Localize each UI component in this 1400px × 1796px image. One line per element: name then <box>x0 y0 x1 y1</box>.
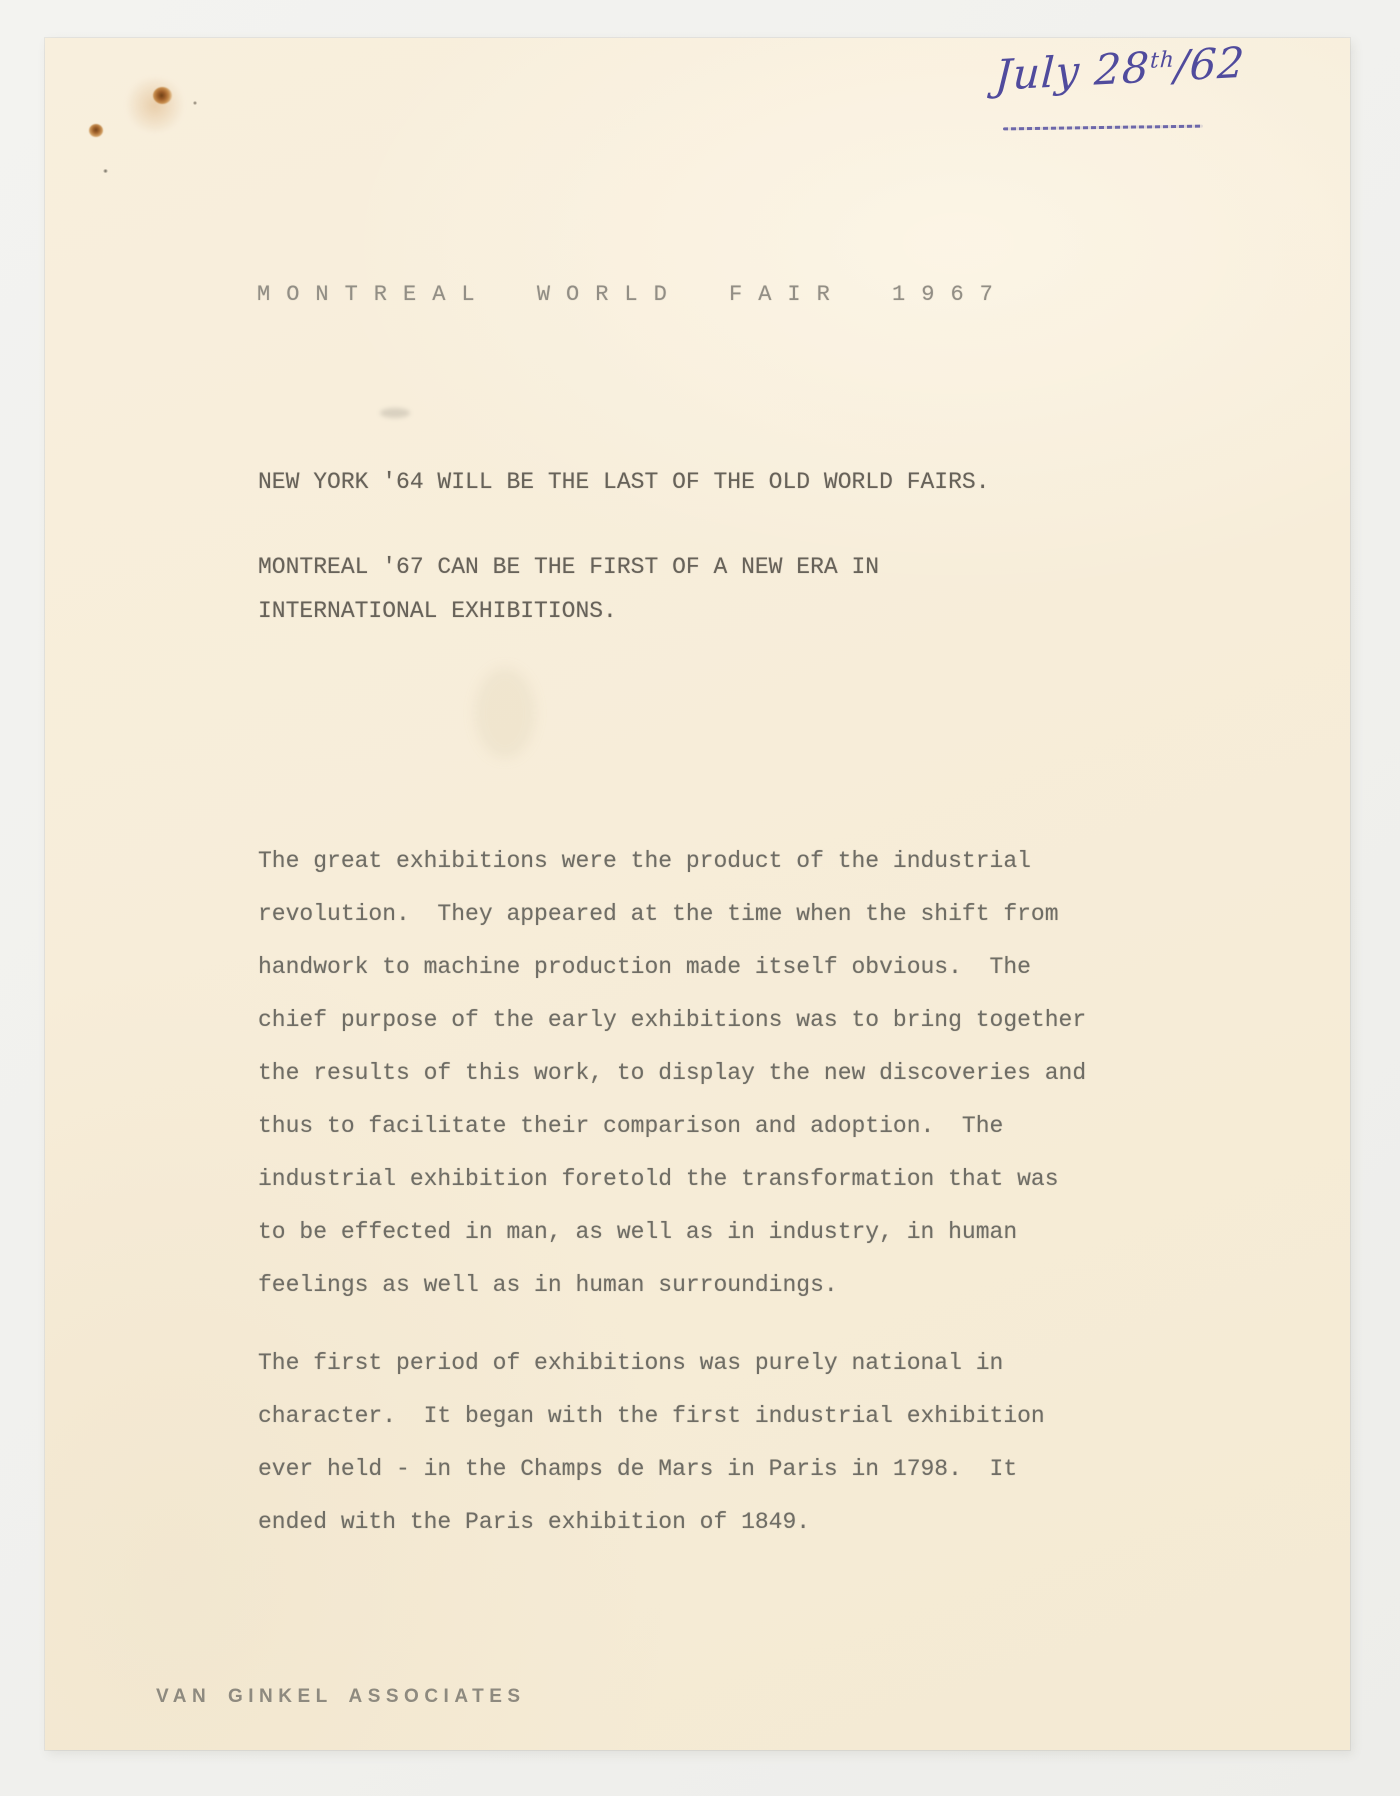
body-line: character. It began with the first indus… <box>258 1390 1045 1443</box>
foxing-stain-halo <box>123 78 187 132</box>
foxing-spot <box>89 124 103 137</box>
pencil-smudge <box>380 408 410 418</box>
statement-line: MONTREAL '67 CAN BE THE FIRST OF A NEW E… <box>258 556 879 579</box>
handwritten-date: July 28th/62 <box>994 37 1256 100</box>
body-line: to be effected in man, as well as in ind… <box>258 1206 1086 1259</box>
body-line: industrial exhibition foretold the trans… <box>258 1153 1086 1206</box>
statement-line: NEW YORK '64 WILL BE THE LAST OF THE OLD… <box>258 471 990 494</box>
body-line: ended with the Paris exhibition of 1849. <box>258 1496 1045 1549</box>
handwritten-date-day: July 28 <box>994 43 1151 100</box>
paper-speck <box>193 101 197 105</box>
handwritten-underline <box>1003 125 1203 131</box>
page-title: MONTREAL WORLD FAIR 1967 <box>257 282 1009 307</box>
body-line: The first period of exhibitions was pure… <box>258 1337 1045 1390</box>
body-paragraph-2: The first period of exhibitions was pure… <box>258 1337 1045 1549</box>
body-line: revolution. They appeared at the time wh… <box>258 888 1086 941</box>
body-line: chief purpose of the early exhibitions w… <box>258 994 1086 1047</box>
body-line: feelings as well as in human surrounding… <box>258 1259 1086 1312</box>
body-line: The great exhibitions were the product o… <box>258 835 1086 888</box>
body-line: handwork to machine production made itse… <box>258 941 1086 994</box>
document-page: July 28th/62 MONTREAL WORLD FAIR 1967 NE… <box>45 38 1350 1750</box>
handwritten-date-ordinal: th <box>1149 47 1175 73</box>
paper-speck <box>103 169 108 173</box>
body-line: the results of this work, to display the… <box>258 1047 1086 1100</box>
body-line: ever held - in the Champs de Mars in Par… <box>258 1443 1045 1496</box>
paper-smudge <box>475 668 535 758</box>
scan-background: July 28th/62 MONTREAL WORLD FAIR 1967 NE… <box>0 0 1400 1796</box>
letterhead-footer: VAN GINKEL ASSOCIATES <box>156 1686 526 1708</box>
foxing-spot <box>153 87 172 104</box>
statement-line: INTERNATIONAL EXHIBITIONS. <box>258 600 617 623</box>
body-line: thus to facilitate their comparison and … <box>258 1100 1086 1153</box>
body-paragraph-1: The great exhibitions were the product o… <box>258 835 1086 1312</box>
handwritten-date-year: /62 <box>1173 38 1246 91</box>
